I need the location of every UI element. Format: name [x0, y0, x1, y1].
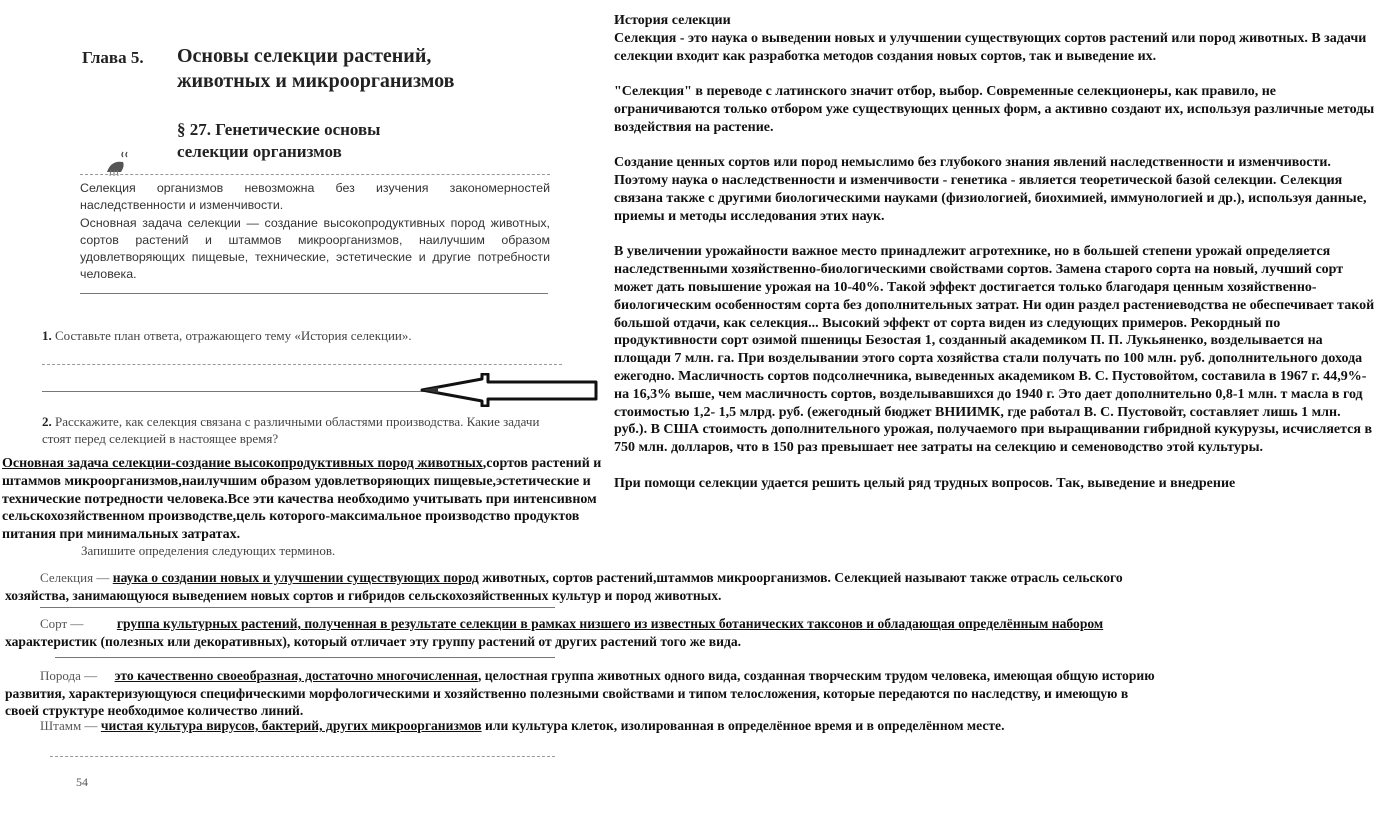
history-paragraph: Селекция - это наука о выведении новых и… — [614, 30, 1376, 66]
intro-box: Селекция организмов невозможна без изуче… — [80, 180, 550, 284]
answer-line-1 — [42, 364, 562, 365]
definition-underlined: чистая культура вирусов, бактерий, други… — [101, 718, 482, 733]
history-paragraph: Создание ценных сортов или пород немысли… — [614, 154, 1376, 225]
section-title-line-2: селекции организмов — [177, 141, 557, 163]
definition-line — [50, 756, 555, 757]
chapter-title-line-1: Основы селекции растений, — [177, 44, 577, 69]
definition-underlined: группа культурных растений, полученная в… — [87, 616, 1103, 631]
history-paragraph: "Селекция" в переводе с латинского значи… — [614, 83, 1376, 136]
definition-continuation: характеристик (полезных или декоративных… — [5, 633, 1370, 651]
page-number: 54 — [76, 775, 88, 790]
history-title: История селекции — [614, 12, 1376, 30]
definition-line — [40, 607, 555, 608]
question-1-text: Составьте план ответа, отражающего тему … — [55, 328, 412, 343]
definition-strain: Штамм — чистая культура вирусов, бактери… — [40, 717, 1370, 735]
definition-term: Селекция — — [40, 570, 109, 585]
definition-underlined: это качественно своеобразная, достаточно… — [101, 668, 478, 683]
question-2-text: Расскажите, как селекция связана с разли… — [42, 414, 539, 446]
definition-underlined: наука о создании новых и улучшении сущес… — [113, 570, 479, 585]
chapter-title: Основы селекции растений, животных и мик… — [177, 44, 577, 94]
intro-paragraph-2: Основная задача селекции — создание высо… — [80, 215, 550, 284]
definition-rest: или культура клеток, изолированная в опр… — [482, 718, 1005, 733]
definition-selection: Селекция — наука о создании новых и улуч… — [40, 569, 1370, 604]
history-paragraph: В увеличении урожайности важное место пр… — [614, 243, 1376, 457]
history-text: История селекции Селекция - это наука о … — [614, 12, 1376, 510]
definition-rest: , целостная группа животных одного вида,… — [478, 668, 1155, 683]
section-divider-bottom — [80, 293, 548, 294]
definition-line — [55, 657, 555, 658]
section-title: § 27. Генетические основы селекции орган… — [177, 119, 557, 163]
section-divider-top — [80, 174, 550, 175]
answer-line-2 — [42, 391, 432, 392]
chapter-label: Глава 5. — [82, 48, 144, 68]
definition-continuation: хозяйства, занимающуюся выведением новых… — [5, 587, 1370, 605]
definition-variety: Сорт — группа культурных растений, получ… — [40, 615, 1370, 650]
section-title-line-1: § 27. Генетические основы — [177, 119, 557, 141]
answer-underlined: Основная задача селекции-создание высоко… — [2, 456, 483, 471]
definition-continuation: развития, характеризующуюся специфически… — [5, 685, 1370, 703]
chapter-title-line-2: животных и микроорганизмов — [177, 69, 577, 94]
left-arrow-icon — [420, 373, 600, 407]
definition-term: Порода — — [40, 668, 97, 683]
question-2-number: 2. — [42, 414, 52, 429]
intro-paragraph-1: Селекция организмов невозможна без изуче… — [80, 180, 550, 215]
definition-term: Сорт — — [40, 616, 83, 631]
question-3-text: Запишите определения следующих терминов. — [81, 543, 335, 558]
question-2: 2. Расскажите, как селекция связана с ра… — [42, 413, 562, 447]
question-3: 3. Запишите определения следующих термин… — [68, 542, 588, 559]
definition-rest: животных, сортов растений,штаммов микроо… — [479, 570, 1123, 585]
answer-question-2: Основная задача селекции-создание высоко… — [2, 455, 614, 544]
question-1-number: 1. — [42, 328, 52, 343]
definition-term: Штамм — — [40, 718, 97, 733]
question-1: 1. Составьте план ответа, отражающего те… — [42, 327, 562, 344]
definition-breed: Порода — это качественно своеобразная, д… — [40, 667, 1370, 720]
history-paragraph: При помощи селекции удается решить целый… — [614, 475, 1376, 493]
